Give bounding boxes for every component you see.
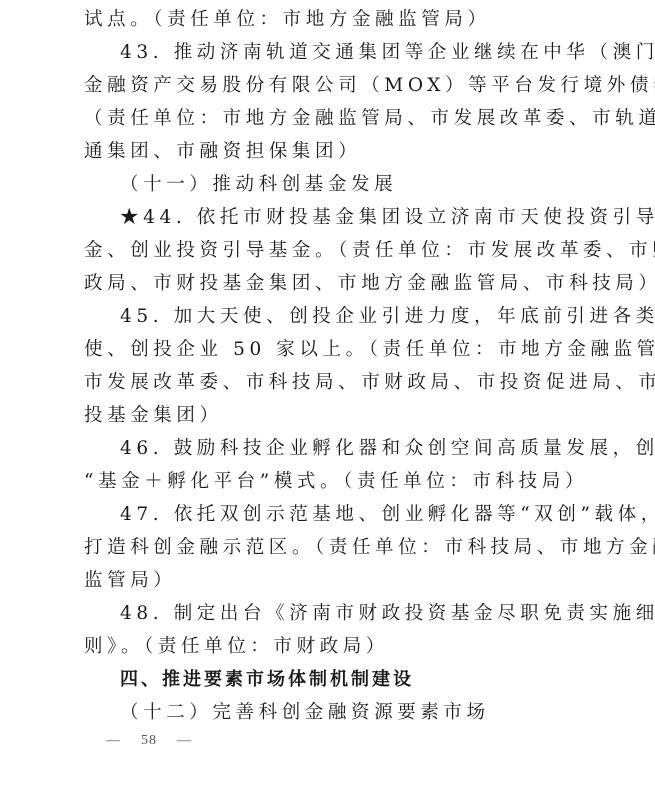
subsection-heading: （十二）完善科创金融资源要素市场 xyxy=(120,701,576,725)
text-line: ★44. 依托市财投基金集团设立济南市天使投资引导基 xyxy=(120,206,576,230)
text-line: 打造科创金融示范区。（责任单位：市科技局、市地方金融 xyxy=(84,536,576,560)
text-line: 投基金集团） xyxy=(84,404,576,428)
page-footer: —58— xyxy=(96,733,202,749)
text-line: 试点。（责任单位：市地方金融监管局） xyxy=(84,8,576,32)
text-line: 金、创业投资引导基金。（责任单位：市发展改革委、市财 xyxy=(84,239,576,263)
text-line: 市发展改革委、市科技局、市财政局、市投资促进局、市财 xyxy=(84,371,576,395)
text-line: 使、创投企业 50 家以上。（责任单位：市地方金融监管局、 xyxy=(84,338,576,362)
text-line: 金融资产交易股份有限公司（MOX）等平台发行境外债券。 xyxy=(84,74,576,98)
text-line: 则》。（责任单位：市财政局） xyxy=(84,635,576,659)
footer-dash-right: — xyxy=(177,733,192,748)
text-line: 46. 鼓励科技企业孵化器和众创空间高质量发展，创新 xyxy=(120,437,576,461)
text-line: 47. 依托双创示范基地、创业孵化器等“双创”载体， xyxy=(120,503,576,527)
text-line: “基金＋孵化平台”模式。（责任单位：市科技局） xyxy=(84,470,576,494)
section-heading: 四、推进要素市场体制机制建设 xyxy=(120,668,576,692)
footer-dash-left: — xyxy=(106,733,121,748)
page-number: 58 xyxy=(141,733,157,748)
text-line: （责任单位：市地方金融监管局、市发展改革委、市轨道交 xyxy=(84,107,576,131)
text-line: 政局、市财投基金集团、市地方金融监管局、市科技局） xyxy=(84,272,576,296)
text-line: 43. 推动济南轨道交通集团等企业继续在中华（澳门） xyxy=(120,41,576,65)
document-page: 试点。（责任单位：市地方金融监管局）43. 推动济南轨道交通集团等企业继续在中华… xyxy=(0,0,655,794)
text-line: 监管局） xyxy=(84,569,576,593)
text-line: 48. 制定出台《济南市财政投资基金尽职免责实施细 xyxy=(120,602,576,626)
text-line: 通集团、市融资担保集团） xyxy=(84,140,576,164)
text-line: （十一）推动科创基金发展 xyxy=(120,173,576,197)
text-line: 45. 加大天使、创投企业引进力度，年底前引进各类天 xyxy=(120,305,576,329)
